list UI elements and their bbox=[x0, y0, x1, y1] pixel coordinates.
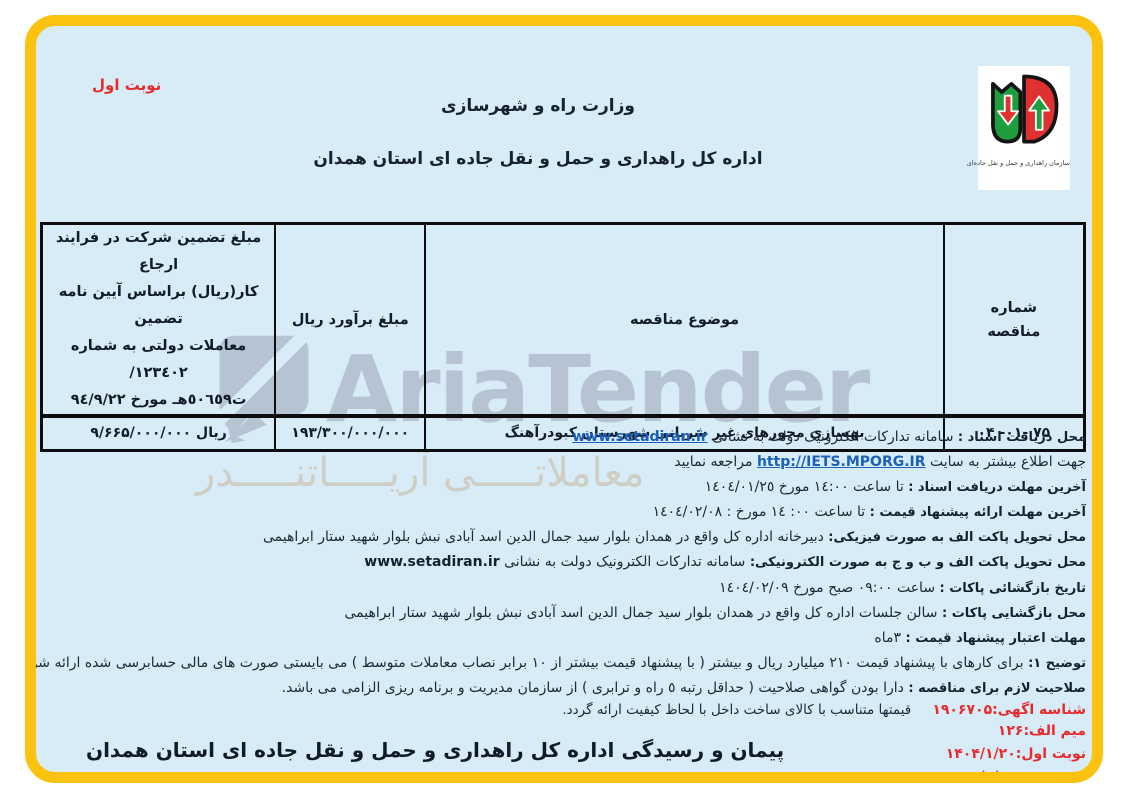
signature-line: پیمان و رسیدگی اداره کل راهداری و حمل و … bbox=[86, 738, 784, 762]
detail-label: محل دریافت اسناد : bbox=[958, 430, 1086, 445]
detail-label: آخرین مهلت دریافت اسناد : bbox=[908, 480, 1086, 495]
detail-text: سالن جلسات اداره کل واقع در همدان بلوار … bbox=[345, 605, 942, 621]
detail-text: ساعت ٠٩:٠٠ صبح مورخ ١٤٠٤/٠٢/٠٩ bbox=[719, 580, 939, 596]
detail-label: توضیح ١: bbox=[1028, 656, 1086, 671]
tender-details: محل دریافت اسناد : سامانه تدارکات الکترو… bbox=[42, 425, 1086, 701]
detail-label: محل تحویل پاکت الف و ب و ج به صورت الکتر… bbox=[750, 555, 1086, 570]
second-run-date: نوبت دوم:۱۴۰۴/۱/۲۳ bbox=[562, 766, 1086, 783]
detail-label: محل بازگشایی پاکات : bbox=[942, 606, 1086, 621]
detail-line: محل تحویل پاکت الف و ب و ج به صورت الکتر… bbox=[42, 550, 1086, 575]
col-header-guarantee: مبلغ تضمین شرکت در فرایند ارجاع کار(ریال… bbox=[42, 224, 276, 417]
detail-line: مهلت اعتبار پیشنهاد قیمت : ٣ماه bbox=[42, 626, 1086, 651]
detail-label: آخرین مهلت ارائه پیشنهاد قیمت : bbox=[870, 505, 1086, 520]
notice-id-line: شناسه اگهی:۱۹۰۶۷۰۵ قیمتها متناسب با کالا… bbox=[562, 697, 1086, 720]
detail-text: تا ساعت ٠٠: ١٤ مورخ : ١٤٠٤/٠٢/٠٨ bbox=[653, 504, 870, 520]
detail-text: سامانه تدارکات الکترونیک دولت به نشانی bbox=[500, 554, 750, 570]
detail-text: ٣ماه bbox=[874, 630, 905, 646]
logo-caption: سازمان راهداری و حمل و نقل جاده‌ای bbox=[978, 159, 1070, 167]
detail-text: دبیرخانه اداره کل واقع در همدان بلوار سی… bbox=[263, 529, 828, 545]
setadiran-link[interactable]: www.setadiran.ir bbox=[572, 429, 707, 445]
detail-line: محل بازگشایی پاکات : سالن جلسات اداره کل… bbox=[42, 601, 1086, 626]
ministry-title: وزارت راه و شهرسازی bbox=[25, 96, 1066, 116]
department-title: اداره کل راهداری و حمل و نقل جاده ای است… bbox=[25, 149, 1066, 169]
domestic-goods-note: قیمتها متناسب با کالای ساخت داخل با لحاظ… bbox=[562, 702, 911, 718]
roads-organization-emblem-icon bbox=[987, 71, 1061, 153]
setadiran-link[interactable]: www.setadiran.ir bbox=[364, 554, 499, 570]
detail-label: تاریخ بازگشائی پاکات : bbox=[940, 581, 1087, 596]
notice-id: شناسه اگهی:۱۹۰۶۷۰۵ bbox=[932, 702, 1086, 718]
col-header-tender-number: شماره مناقصه bbox=[944, 224, 1085, 417]
detail-text: تا ساعت ١٤:٠٠ مورخ ١٤٠٤/٠١/٢٥ bbox=[705, 479, 908, 495]
detail-text: دارا بودن گواهی صلاحیت ( حداقل رتبه ٥ را… bbox=[282, 680, 909, 696]
detail-label: محل تحویل پاکت الف به صورت فیزیکی: bbox=[828, 530, 1086, 545]
organization-logo: سازمان راهداری و حمل و نقل جاده‌ای bbox=[978, 66, 1070, 190]
detail-text: مراجعه نمایید bbox=[674, 454, 757, 470]
col-header-estimate: مبلغ برآورد ریال bbox=[275, 224, 425, 417]
detail-line: محل دریافت اسناد : سامانه تدارکات الکترو… bbox=[42, 425, 1086, 450]
iets-mporg-link[interactable]: http://IETS.MPORG.IR bbox=[757, 454, 926, 470]
edition-badge: نوبت اول bbox=[92, 76, 161, 94]
detail-line: توضیح ١: برای کارهای با پیشنهاد قیمت ٢١٠… bbox=[42, 651, 1086, 676]
detail-line: محل تحویل پاکت الف به صورت فیزیکی: دبیرخ… bbox=[42, 525, 1086, 550]
tender-table: شماره مناقصه موضوع مناقصه مبلغ برآورد ری… bbox=[40, 222, 1086, 452]
detail-label: صلاحیت لازم برای مناقصه : bbox=[908, 681, 1086, 696]
detail-line: آخرین مهلت ارائه پیشنهاد قیمت : تا ساعت … bbox=[42, 500, 1086, 525]
detail-line: آخرین مهلت دریافت اسناد : تا ساعت ١٤:٠٠ … bbox=[42, 475, 1086, 500]
tender-notice-page: AriaTender معاملاتـــــی آریـــــاتنــــ… bbox=[25, 15, 1103, 783]
detail-text: سامانه تدارکات الکترونیک دولت به نشانی bbox=[708, 429, 958, 445]
col-header-subject: موضوع مناقصه bbox=[425, 224, 943, 417]
detail-text: برای کارهای با پیشنهاد قیمت ٢١٠ میلیارد … bbox=[25, 655, 1028, 671]
table-header-row: شماره مناقصه موضوع مناقصه مبلغ برآورد ری… bbox=[42, 224, 1085, 417]
detail-label: مهلت اعتبار پیشنهاد قیمت : bbox=[906, 631, 1086, 646]
detail-text: جهت اطلاع بیشتر به سایت bbox=[926, 454, 1086, 470]
detail-line: جهت اطلاع بیشتر به سایت http://IETS.MPOR… bbox=[42, 450, 1086, 475]
detail-line: تاریخ بازگشائی پاکات : ساعت ٠٩:٠٠ صبح مو… bbox=[42, 576, 1086, 601]
